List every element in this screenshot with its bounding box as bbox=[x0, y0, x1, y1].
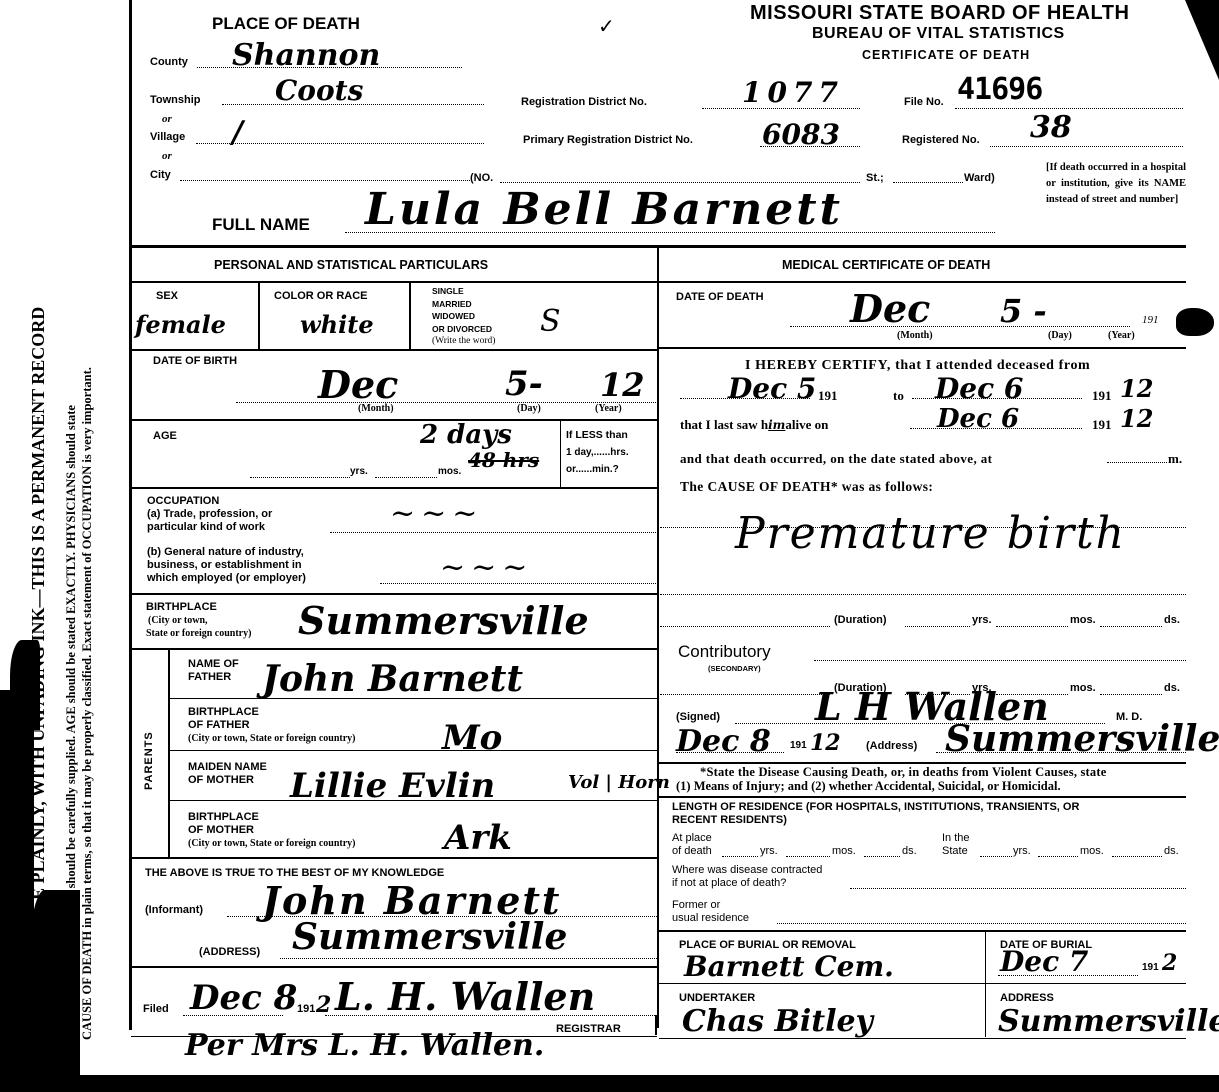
death-time-line bbox=[1107, 462, 1167, 463]
mother-name-label-1: MAIDEN NAME bbox=[188, 761, 267, 773]
registrar-signature[interactable]: L. H. Wallen bbox=[335, 974, 595, 1019]
mother-birthplace-value[interactable]: Ark bbox=[444, 818, 512, 858]
mother-birthplace-hint: (City or town, State or foreign country) bbox=[188, 838, 355, 849]
attended-to-year-prefix: 191 bbox=[1092, 388, 1112, 404]
dod-year-caption: (Year) bbox=[1108, 330, 1135, 341]
father-birthplace-hint: (City or town, State or foreign country) bbox=[188, 733, 355, 744]
age-value[interactable]: 2 days bbox=[420, 420, 512, 450]
dod-month-caption: (Month) bbox=[897, 330, 933, 341]
form-left-border bbox=[129, 0, 132, 1030]
sex-label: SEX bbox=[156, 290, 178, 302]
dob-label: DATE OF BIRTH bbox=[153, 355, 237, 367]
medical-address-value[interactable]: Summersville bbox=[945, 718, 1219, 760]
occupation-title: OCCUPATION bbox=[147, 495, 219, 507]
bottom-black-edge bbox=[30, 1075, 1219, 1092]
row-divider bbox=[131, 419, 657, 421]
row-divider bbox=[131, 487, 657, 489]
in-state-ds: ds. bbox=[1164, 845, 1179, 857]
less-than-line-2: 1 day,......hrs. bbox=[566, 447, 629, 458]
file-no-label: File No. bbox=[904, 96, 944, 108]
signed-label: (Signed) bbox=[676, 711, 720, 723]
birthplace-label: BIRTHPLACE bbox=[146, 601, 217, 613]
margin-instructions-line-1: N. B.—Every item of information should b… bbox=[64, 405, 79, 1070]
city-line bbox=[180, 180, 470, 181]
race-label: COLOR OR RACE bbox=[274, 290, 368, 302]
duration-line-2 bbox=[660, 694, 830, 695]
at-place-ds: ds. bbox=[902, 845, 917, 857]
row-divider bbox=[131, 857, 657, 859]
death-occurred-text: and that death occurred, on the date sta… bbox=[680, 451, 992, 467]
in-state-ds-line bbox=[1112, 856, 1162, 857]
marital-options: SINGLE MARRIED WIDOWED OR DIVORCED (Writ… bbox=[432, 285, 495, 348]
age-yrs-line bbox=[250, 477, 350, 478]
footnote-line-2: (1) Means of Injury; and (2) whether Acc… bbox=[676, 779, 1061, 794]
burial-year-prefix: 191 bbox=[1142, 962, 1159, 973]
board-title: MISSOURI STATE BOARD OF HEALTH bbox=[750, 2, 1129, 25]
dod-day-value[interactable]: 5 - bbox=[1000, 292, 1047, 330]
burial-year-value[interactable]: 2 bbox=[1162, 950, 1177, 976]
undertaker-value[interactable]: Chas Bitley bbox=[682, 1004, 873, 1039]
dod-day-caption: (Day) bbox=[1048, 330, 1072, 341]
row-divider bbox=[170, 698, 657, 699]
filed-date-value[interactable]: Dec 8 bbox=[190, 978, 297, 1018]
parents-side-divider bbox=[168, 649, 170, 859]
filed-label: Filed bbox=[143, 1003, 169, 1015]
sex-value[interactable]: female bbox=[135, 310, 226, 339]
informant-label: (Informant) bbox=[145, 904, 203, 916]
duration-ds-line-1 bbox=[1100, 626, 1162, 627]
at-place-label-1: At place bbox=[672, 832, 712, 844]
or-label-1: or bbox=[162, 113, 172, 125]
duration-line-1 bbox=[660, 626, 830, 627]
less-than-line-3: or......min.? bbox=[566, 464, 619, 475]
cause-line-2 bbox=[660, 594, 1186, 595]
former-residence-label-2: usual residence bbox=[672, 912, 749, 924]
contributory-line bbox=[814, 660, 1186, 661]
medical-section-title: MEDICAL CERTIFICATE OF DEATH bbox=[782, 258, 990, 272]
margin-instructions-line-2: CAUSE OF DEATH in plain terms, so that i… bbox=[80, 367, 95, 1040]
at-place-mos: mos. bbox=[832, 845, 856, 857]
footnote-line-1: *State the Disease Causing Death, or, in… bbox=[700, 765, 1106, 780]
father-name-value[interactable]: John Barnett bbox=[262, 658, 523, 700]
marital-hint: (Write the word) bbox=[432, 335, 495, 348]
informant-address-line bbox=[280, 958, 657, 959]
registration-district-label: Registration District No. bbox=[521, 96, 647, 108]
less-than-line-1: If LESS than bbox=[566, 429, 628, 441]
duration-yrs-line-1 bbox=[905, 626, 970, 627]
in-state-label-2: State bbox=[942, 845, 968, 857]
father-birthplace-label-1: BIRTHPLACE bbox=[188, 706, 259, 718]
duration-ds-line-2 bbox=[1100, 694, 1162, 695]
father-name-label-2: FATHER bbox=[188, 671, 231, 683]
street-label: St.; bbox=[866, 172, 884, 184]
file-no-value: 41696 bbox=[957, 72, 1042, 107]
dob-year-value[interactable]: 12 bbox=[600, 366, 645, 404]
center-divider bbox=[657, 248, 659, 1028]
duration-label-1: (Duration) bbox=[834, 614, 887, 626]
row-divider bbox=[659, 281, 1186, 283]
in-state-mos-line bbox=[1038, 856, 1078, 857]
attended-to-year[interactable]: 12 bbox=[1120, 374, 1153, 403]
father-name-label-1: NAME OF bbox=[188, 658, 239, 670]
age-label: AGE bbox=[153, 430, 177, 442]
certificate-title: CERTIFICATE OF DEATH bbox=[862, 48, 1030, 62]
undertaker-address-value[interactable]: Summersville bbox=[998, 1004, 1219, 1039]
dob-day-caption: (Day) bbox=[517, 403, 541, 414]
city-label: City bbox=[150, 169, 171, 181]
dod-month-value[interactable]: Dec bbox=[850, 286, 930, 331]
last-saw-prefix-text: that I last saw h bbox=[680, 417, 768, 432]
village-value[interactable]: / bbox=[232, 115, 243, 150]
ink-blot bbox=[1176, 308, 1214, 336]
signed-year-value[interactable]: 12 bbox=[810, 730, 841, 756]
last-saw-prefix: that I last saw himalive on bbox=[680, 417, 828, 433]
less-than-divider bbox=[560, 420, 561, 488]
occupation-a-line bbox=[330, 532, 656, 533]
row-divider bbox=[131, 593, 657, 595]
primary-district-label: Primary Registration District No. bbox=[523, 134, 693, 146]
birthplace-hint-2: State or foreign country) bbox=[146, 628, 251, 639]
marital-option-widowed: WIDOWED bbox=[432, 310, 495, 323]
full-name-label: FULL NAME bbox=[212, 215, 310, 235]
county-label: County bbox=[150, 56, 188, 68]
contracted-line bbox=[850, 888, 1186, 889]
burial-place-value[interactable]: Barnett Cem. bbox=[684, 950, 894, 983]
residence-title-2: RECENT RESIDENTS) bbox=[672, 814, 787, 826]
duration-ds-1: ds. bbox=[1164, 614, 1180, 626]
mother-name-label-2: OF MOTHER bbox=[188, 774, 254, 786]
burial-date-value[interactable]: Dec 7 bbox=[1000, 945, 1088, 978]
duration-ds-2: ds. bbox=[1164, 682, 1180, 694]
occupation-b-line-2: business, or establishment in bbox=[147, 559, 302, 571]
age-mos-label: mos. bbox=[438, 466, 461, 477]
in-state-yrs: yrs. bbox=[1013, 845, 1031, 857]
former-residence-line bbox=[777, 923, 1186, 924]
age-hours-value[interactable]: 48 hrs bbox=[468, 448, 539, 472]
dob-day-value[interactable]: 5- bbox=[505, 364, 543, 404]
age-yrs-label: yrs. bbox=[350, 466, 368, 477]
occupation-a-line-1: (a) Trade, profession, or bbox=[147, 508, 272, 520]
at-place-yrs: yrs. bbox=[760, 845, 778, 857]
informant-address-label: (ADDRESS) bbox=[199, 946, 260, 958]
father-birthplace-value[interactable]: Mo bbox=[442, 718, 502, 758]
in-state-mos: mos. bbox=[1080, 845, 1104, 857]
burial-divider bbox=[985, 931, 986, 1037]
row-divider bbox=[659, 930, 1186, 932]
row-divider bbox=[131, 349, 657, 351]
cause-of-death-value[interactable]: Premature birth bbox=[735, 508, 1126, 559]
bureau-title: BUREAU OF VITAL STATISTICS bbox=[812, 25, 1065, 43]
duration-mos-1: mos. bbox=[1070, 614, 1096, 626]
in-state-label-1: In the bbox=[942, 832, 970, 844]
burial-bottom-line bbox=[659, 1038, 1186, 1039]
attended-to-value[interactable]: Dec 6 bbox=[935, 372, 1023, 405]
registered-no-line bbox=[990, 146, 1183, 147]
duration-mos-line-1 bbox=[996, 626, 1068, 627]
check-mark: ✓ bbox=[598, 14, 615, 39]
row-divider bbox=[659, 983, 1186, 984]
row-divider bbox=[131, 648, 657, 650]
attended-from-year: 191 bbox=[818, 388, 838, 404]
former-residence-label-1: Former or bbox=[672, 899, 720, 911]
sex-race-divider bbox=[258, 282, 260, 350]
row-divider bbox=[659, 796, 1186, 798]
marital-value[interactable]: S bbox=[540, 304, 561, 339]
street-no-label: (NO. bbox=[470, 172, 493, 184]
last-saw-pronoun[interactable]: im bbox=[768, 418, 785, 432]
registrar-label: REGISTRAR bbox=[556, 1023, 621, 1035]
secondary-label: (SECONDARY) bbox=[708, 664, 761, 673]
birthplace-value[interactable]: Summersville bbox=[298, 598, 589, 643]
township-value[interactable]: Coots bbox=[275, 74, 363, 107]
place-of-death-title: PLACE OF DEATH bbox=[212, 14, 360, 34]
age-mos-line bbox=[375, 477, 437, 478]
signed-year-prefix: 191 bbox=[790, 740, 807, 751]
hospital-note: [If death occurred in a hospital or inst… bbox=[1046, 160, 1186, 208]
occupation-b-value[interactable]: ~~~ bbox=[440, 550, 533, 585]
dob-month-value[interactable]: Dec bbox=[318, 362, 398, 407]
registrar-box-edge bbox=[655, 1015, 657, 1035]
at-place-ds-line bbox=[864, 856, 900, 857]
dob-year-caption: (Year) bbox=[595, 403, 622, 414]
occupation-b-line-3: which employed (or employer) bbox=[147, 572, 306, 584]
dod-line bbox=[790, 326, 1130, 327]
row-divider bbox=[131, 281, 657, 283]
in-state-yrs-line bbox=[980, 856, 1012, 857]
last-saw-value[interactable]: Dec 6 bbox=[937, 404, 1019, 434]
primary-district-value[interactable]: 6083 bbox=[762, 118, 840, 151]
mother-birthplace-label-2: OF MOTHER bbox=[188, 824, 254, 836]
parents-side-label: PARENTS bbox=[143, 731, 155, 790]
street-line bbox=[500, 182, 860, 183]
death-time-suffix: m. bbox=[1168, 451, 1182, 467]
full-name-value[interactable]: Lula Bell Barnett bbox=[365, 184, 843, 235]
race-marital-divider bbox=[409, 282, 411, 350]
at-place-label-2: of death bbox=[672, 845, 712, 857]
last-saw-label: alive on bbox=[785, 417, 828, 432]
undertaker-label: UNDERTAKER bbox=[679, 992, 755, 1004]
or-label-2: or bbox=[162, 150, 172, 162]
registered-no-label: Registered No. bbox=[902, 134, 980, 146]
top-right-corner bbox=[1185, 0, 1219, 80]
marital-option-divorced: OR DIVORCED bbox=[432, 323, 495, 336]
personal-section-title: PERSONAL AND STATISTICAL PARTICULARS bbox=[214, 258, 488, 272]
registration-district-value[interactable]: 1077 bbox=[742, 76, 844, 109]
row-divider bbox=[170, 800, 657, 801]
ward-line bbox=[893, 182, 963, 183]
marital-option-single: SINGLE bbox=[432, 285, 495, 298]
row-divider bbox=[170, 750, 657, 751]
marital-option-married: MARRIED bbox=[432, 298, 495, 311]
last-saw-year-prefix: 191 bbox=[1092, 417, 1112, 433]
dob-line bbox=[236, 402, 656, 403]
occupation-a-value[interactable]: ~~~ bbox=[390, 496, 483, 531]
undertaker-address-label: ADDRESS bbox=[1000, 992, 1054, 1004]
mother-name-extra: Vol | Horn bbox=[568, 772, 670, 793]
ward-label: Ward) bbox=[964, 172, 995, 184]
father-birthplace-label-2: OF FATHER bbox=[188, 719, 250, 731]
at-place-mos-line bbox=[786, 856, 830, 857]
duration-mos-2: mos. bbox=[1070, 682, 1096, 694]
margin-warning-text: E PLAINLY, WITH UNFADING INK—THIS IS A P… bbox=[28, 307, 49, 900]
row-divider bbox=[659, 762, 1186, 764]
informant-address-value[interactable]: Summersville bbox=[292, 916, 567, 958]
contracted-label-2: if not at place of death? bbox=[672, 877, 786, 889]
signed-date-value[interactable]: Dec 8 bbox=[676, 724, 771, 759]
township-label: Township bbox=[150, 94, 201, 106]
duration-yrs-1: yrs. bbox=[972, 614, 992, 626]
dod-label: DATE OF DEATH bbox=[676, 291, 764, 303]
county-value[interactable]: Shannon bbox=[232, 38, 380, 73]
village-label: Village bbox=[150, 131, 185, 143]
occupation-a-line-2: particular kind of work bbox=[147, 521, 265, 533]
per-registrar-note[interactable]: Per Mrs L. H. Wallen. bbox=[185, 1028, 544, 1063]
file-no-line bbox=[955, 108, 1183, 109]
filed-year-prefix: 191 bbox=[297, 1003, 315, 1015]
last-saw-year[interactable]: 12 bbox=[1120, 404, 1153, 433]
signed-date-line bbox=[676, 752, 784, 753]
cause-intro: The CAUSE OF DEATH* was as follows: bbox=[680, 479, 933, 495]
at-place-yrs-line bbox=[722, 856, 758, 857]
mother-birthplace-label-1: BIRTHPLACE bbox=[188, 811, 259, 823]
to-label: to bbox=[893, 388, 904, 404]
medical-address-label: (Address) bbox=[866, 740, 917, 752]
contracted-label-1: Where was disease contracted bbox=[672, 864, 822, 876]
contributory-label: Contributory bbox=[678, 642, 771, 662]
attended-from-value[interactable]: Dec 5 bbox=[728, 372, 816, 405]
race-value[interactable]: white bbox=[300, 310, 374, 339]
registered-no-value[interactable]: 38 bbox=[1030, 110, 1072, 145]
birthplace-hint-1: (City or town, bbox=[148, 615, 208, 626]
dod-year-prefix: 191 bbox=[1142, 314, 1159, 326]
row-divider bbox=[659, 347, 1186, 349]
occupation-b-line-1: (b) General nature of industry, bbox=[147, 546, 304, 558]
row-divider bbox=[131, 966, 657, 968]
residence-title-1: LENGTH OF RESIDENCE (FOR HOSPITALS, INST… bbox=[672, 801, 1079, 813]
dob-month-caption: (Month) bbox=[358, 403, 394, 414]
